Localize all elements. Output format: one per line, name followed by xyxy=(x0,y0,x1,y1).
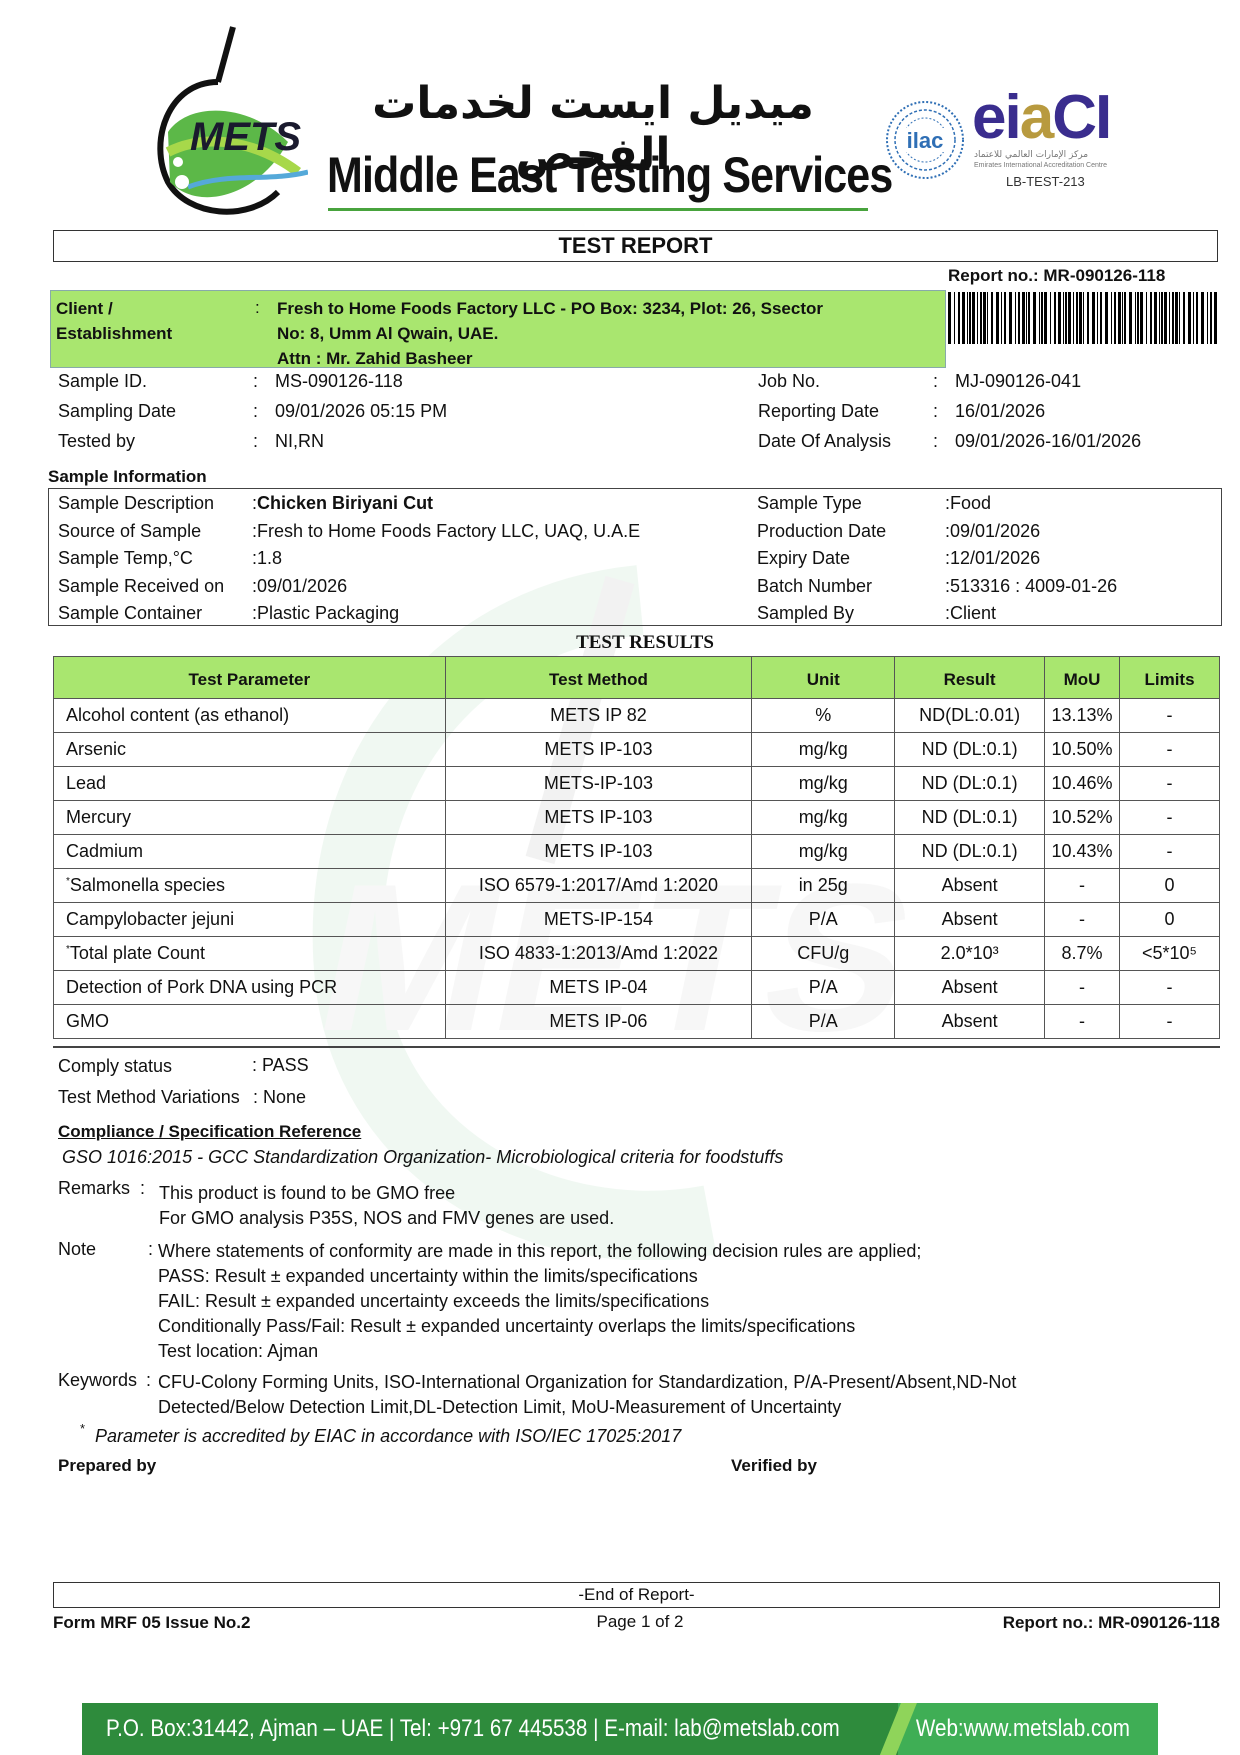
remarks-text: This product is found to be GMO freeFor … xyxy=(159,1181,614,1231)
cell-method: METS-IP-103 xyxy=(445,767,752,801)
comply-status-label: Comply status xyxy=(58,1056,172,1077)
table-row: *Total plate CountISO 4833-1:2013/Amd 1:… xyxy=(54,937,1220,971)
job-info-left-value: : MS-090126-118 xyxy=(253,371,403,392)
sample-info-right-label: Production Date xyxy=(757,521,886,542)
mets-logo: METS xyxy=(148,22,308,217)
verified-by-label: Verified by xyxy=(731,1456,817,1476)
job-info-right-label: Job No. xyxy=(758,371,820,392)
report-title: TEST REPORT xyxy=(53,230,1218,262)
eiac-accreditation-code: LB-TEST-213 xyxy=(1006,174,1085,189)
cell-method: METS IP-06 xyxy=(445,1005,752,1039)
divider xyxy=(53,1046,1220,1048)
sample-info-right-label: Sample Type xyxy=(757,493,862,514)
job-info-left-label: Sampling Date xyxy=(58,401,176,422)
cell-limits: - xyxy=(1120,835,1220,869)
remarks-label: Remarks xyxy=(58,1178,130,1199)
cell-limits: - xyxy=(1120,767,1220,801)
cell-limits: - xyxy=(1120,801,1220,835)
cell-mou: - xyxy=(1045,971,1120,1005)
report-number: Report no.: MR-090126-118 xyxy=(948,266,1165,286)
client-address: Fresh to Home Foods Factory LLC - PO Box… xyxy=(277,296,823,371)
cell-unit: % xyxy=(752,699,895,733)
cell-unit: mg/kg xyxy=(752,733,895,767)
cell-limits: - xyxy=(1120,699,1220,733)
sample-info-left-label: Sample Temp,°C xyxy=(58,548,193,569)
ilac-logo: ilac xyxy=(884,88,966,192)
cell-result: ND (DL:0.1) xyxy=(895,801,1045,835)
cell-mou: - xyxy=(1045,903,1120,937)
cell-unit: P/A xyxy=(752,971,895,1005)
sample-info-left-label: Sample Description xyxy=(58,493,214,514)
table-row: LeadMETS-IP-103mg/kgND (DL:0.1)10.46%- xyxy=(54,767,1220,801)
cell-limits: 0 xyxy=(1120,869,1220,903)
cell-mou: 10.43% xyxy=(1045,835,1120,869)
cell-method: METS-IP-154 xyxy=(445,903,752,937)
cell-parameter: GMO xyxy=(54,1005,446,1039)
sample-info-left-value: :1.8 xyxy=(252,548,282,569)
cell-result: Absent xyxy=(895,903,1045,937)
end-of-report: -End of Report- xyxy=(53,1582,1220,1608)
cell-unit: CFU/g xyxy=(752,937,895,971)
job-info-right-value: : MJ-090126-041 xyxy=(933,371,1081,392)
cell-result: ND(DL:0.01) xyxy=(895,699,1045,733)
client-label: Client /Establishment xyxy=(56,296,172,346)
table-row: Campylobacter jejuniMETS-IP-154P/AAbsent… xyxy=(54,903,1220,937)
table-row: MercuryMETS IP-103mg/kgND (DL:0.1)10.52%… xyxy=(54,801,1220,835)
sample-info-right-label: Batch Number xyxy=(757,576,872,597)
cell-mou: - xyxy=(1045,1005,1120,1039)
cell-result: Absent xyxy=(895,971,1045,1005)
cell-result: ND (DL:0.1) xyxy=(895,835,1045,869)
cell-mou: 13.13% xyxy=(1045,699,1120,733)
sample-information-title: Sample Information xyxy=(48,467,207,487)
cell-parameter: *Total plate Count xyxy=(54,937,446,971)
column-header: Test Parameter xyxy=(54,657,446,699)
sample-info-right-label: Sampled By xyxy=(757,603,854,624)
sample-info-right-value: :513316 : 4009-01-26 xyxy=(945,576,1117,597)
cell-limits: - xyxy=(1120,971,1220,1005)
cell-unit: P/A xyxy=(752,903,895,937)
test-method-variations-value: : None xyxy=(253,1087,306,1108)
table-row: Detection of Pork DNA using PCRMETS IP-0… xyxy=(54,971,1220,1005)
cell-result: Absent xyxy=(895,1005,1045,1039)
cell-method: ISO 6579-1:2017/Amd 1:2020 xyxy=(445,869,752,903)
job-info-left-value: : NI,RN xyxy=(253,431,324,452)
table-row: CadmiumMETS IP-103mg/kgND (DL:0.1)10.43%… xyxy=(54,835,1220,869)
column-header: Test Method xyxy=(445,657,752,699)
cell-method: METS IP-103 xyxy=(445,835,752,869)
note-label: Note xyxy=(58,1239,96,1260)
cell-unit: mg/kg xyxy=(752,801,895,835)
job-info-right-value: : 16/01/2026 xyxy=(933,401,1045,422)
contact-details: P.O. Box:31442, Ajman – UAE | Tel: +971 … xyxy=(106,1715,840,1743)
prepared-by-label: Prepared by xyxy=(58,1456,156,1476)
job-info-right-label: Date Of Analysis xyxy=(758,431,891,452)
sample-info-right-label: Expiry Date xyxy=(757,548,850,569)
cell-method: METS IP-103 xyxy=(445,801,752,835)
comply-status-value: : PASS xyxy=(252,1055,309,1076)
cell-result: ND (DL:0.1) xyxy=(895,733,1045,767)
cell-unit: mg/kg xyxy=(752,835,895,869)
cell-parameter: Alcohol content (as ethanol) xyxy=(54,699,446,733)
column-header: Result xyxy=(895,657,1045,699)
test-method-variations-label: Test Method Variations xyxy=(58,1087,240,1108)
sample-info-left-value: :Chicken Biriyani Cut xyxy=(252,493,433,514)
table-row: Alcohol content (as ethanol)METS IP 82%N… xyxy=(54,699,1220,733)
website-link[interactable]: Web:www.metslab.com xyxy=(916,1715,1130,1743)
cell-unit: in 25g xyxy=(752,869,895,903)
sample-info-left-value: :09/01/2026 xyxy=(252,576,347,597)
footer-report-number: Report no.: MR-090126-118 xyxy=(1003,1613,1220,1633)
svg-text:ilac: ilac xyxy=(907,128,944,153)
job-info-right-label: Reporting Date xyxy=(758,401,879,422)
cell-parameter: Lead xyxy=(54,767,446,801)
cell-parameter: Campylobacter jejuni xyxy=(54,903,446,937)
cell-limits: <5*10⁵ xyxy=(1120,937,1220,971)
sample-info-left-label: Source of Sample xyxy=(58,521,201,542)
cell-unit: mg/kg xyxy=(752,767,895,801)
accreditation-note: Parameter is accredited by EIAC in accor… xyxy=(95,1426,681,1447)
brand-underline xyxy=(328,208,868,211)
eiac-arabic-name: مركز الإمارات العالمي للاعتماد xyxy=(974,150,1088,160)
keywords-label: Keywords xyxy=(58,1370,137,1391)
compliance-reference-title: Compliance / Specification Reference xyxy=(58,1122,361,1142)
compliance-reference-text: GSO 1016:2015 - GCC Standardization Orga… xyxy=(62,1147,783,1168)
sample-info-left-label: Sample Container xyxy=(58,603,202,624)
sample-info-right-value: :Client xyxy=(945,603,996,624)
cell-method: METS IP 82 xyxy=(445,699,752,733)
column-header: Limits xyxy=(1120,657,1220,699)
sample-info-right-value: :09/01/2026 xyxy=(945,521,1040,542)
eiac-english-name: Emirates International Accreditation Cen… xyxy=(974,162,1107,169)
cell-method: METS IP-04 xyxy=(445,971,752,1005)
cell-parameter: Mercury xyxy=(54,801,446,835)
table-row: GMOMETS IP-06P/AAbsent-- xyxy=(54,1005,1220,1039)
cell-parameter: *Salmonella species xyxy=(54,869,446,903)
results-table: Test ParameterTest MethodUnitResultMoULi… xyxy=(53,656,1220,1039)
cell-mou: 10.52% xyxy=(1045,801,1120,835)
column-header: Unit xyxy=(752,657,895,699)
sample-info-left-label: Sample Received on xyxy=(58,576,224,597)
sample-info-right-value: :12/01/2026 xyxy=(945,548,1040,569)
cell-parameter: Arsenic xyxy=(54,733,446,767)
cell-result: 2.0*10³ xyxy=(895,937,1045,971)
cell-unit: P/A xyxy=(752,1005,895,1039)
note-text: Where statements of conformity are made … xyxy=(158,1239,921,1364)
test-results-title: TEST RESULTS xyxy=(0,632,1240,654)
cell-method: METS IP-103 xyxy=(445,733,752,767)
cell-result: ND (DL:0.1) xyxy=(895,767,1045,801)
column-header: MoU xyxy=(1045,657,1120,699)
brand-name-english: Middle East Testing Services xyxy=(327,146,892,204)
table-row: *Salmonella speciesISO 6579-1:2017/Amd 1… xyxy=(54,869,1220,903)
cell-mou: 8.7% xyxy=(1045,937,1120,971)
job-info-left-label: Sample ID. xyxy=(58,371,147,392)
table-row: ArsenicMETS IP-103mg/kgND (DL:0.1)10.50%… xyxy=(54,733,1220,767)
sample-info-left-value: :Plastic Packaging xyxy=(252,603,399,624)
cell-limits: - xyxy=(1120,1005,1220,1039)
cell-mou: 10.50% xyxy=(1045,733,1120,767)
cell-mou: 10.46% xyxy=(1045,767,1120,801)
sample-info-right-value: :Food xyxy=(945,493,991,514)
svg-text:METS: METS xyxy=(190,115,301,159)
cell-mou: - xyxy=(1045,869,1120,903)
cell-limits: 0 xyxy=(1120,903,1220,937)
keywords-text: CFU-Colony Forming Units, ISO-Internatio… xyxy=(158,1370,1016,1420)
cell-parameter: Cadmium xyxy=(54,835,446,869)
eiac-logo: eiaCI مركز الإمارات العالمي للاعتماد Emi… xyxy=(972,86,1122,196)
cell-method: ISO 4833-1:2013/Amd 1:2022 xyxy=(445,937,752,971)
job-info-left-label: Tested by xyxy=(58,431,135,452)
job-info-left-value: : 09/01/2026 05:15 PM xyxy=(253,401,447,422)
job-info-right-value: : 09/01/2026-16/01/2026 xyxy=(933,431,1141,452)
cell-parameter: Detection of Pork DNA using PCR xyxy=(54,971,446,1005)
sample-info-left-value: :Fresh to Home Foods Factory LLC, UAQ, U… xyxy=(252,521,640,542)
barcode xyxy=(948,292,1220,344)
sample-information-box xyxy=(48,488,1222,626)
cell-limits: - xyxy=(1120,733,1220,767)
contact-footer-bar: P.O. Box:31442, Ajman – UAE | Tel: +971 … xyxy=(82,1703,1158,1755)
cell-result: Absent xyxy=(895,869,1045,903)
